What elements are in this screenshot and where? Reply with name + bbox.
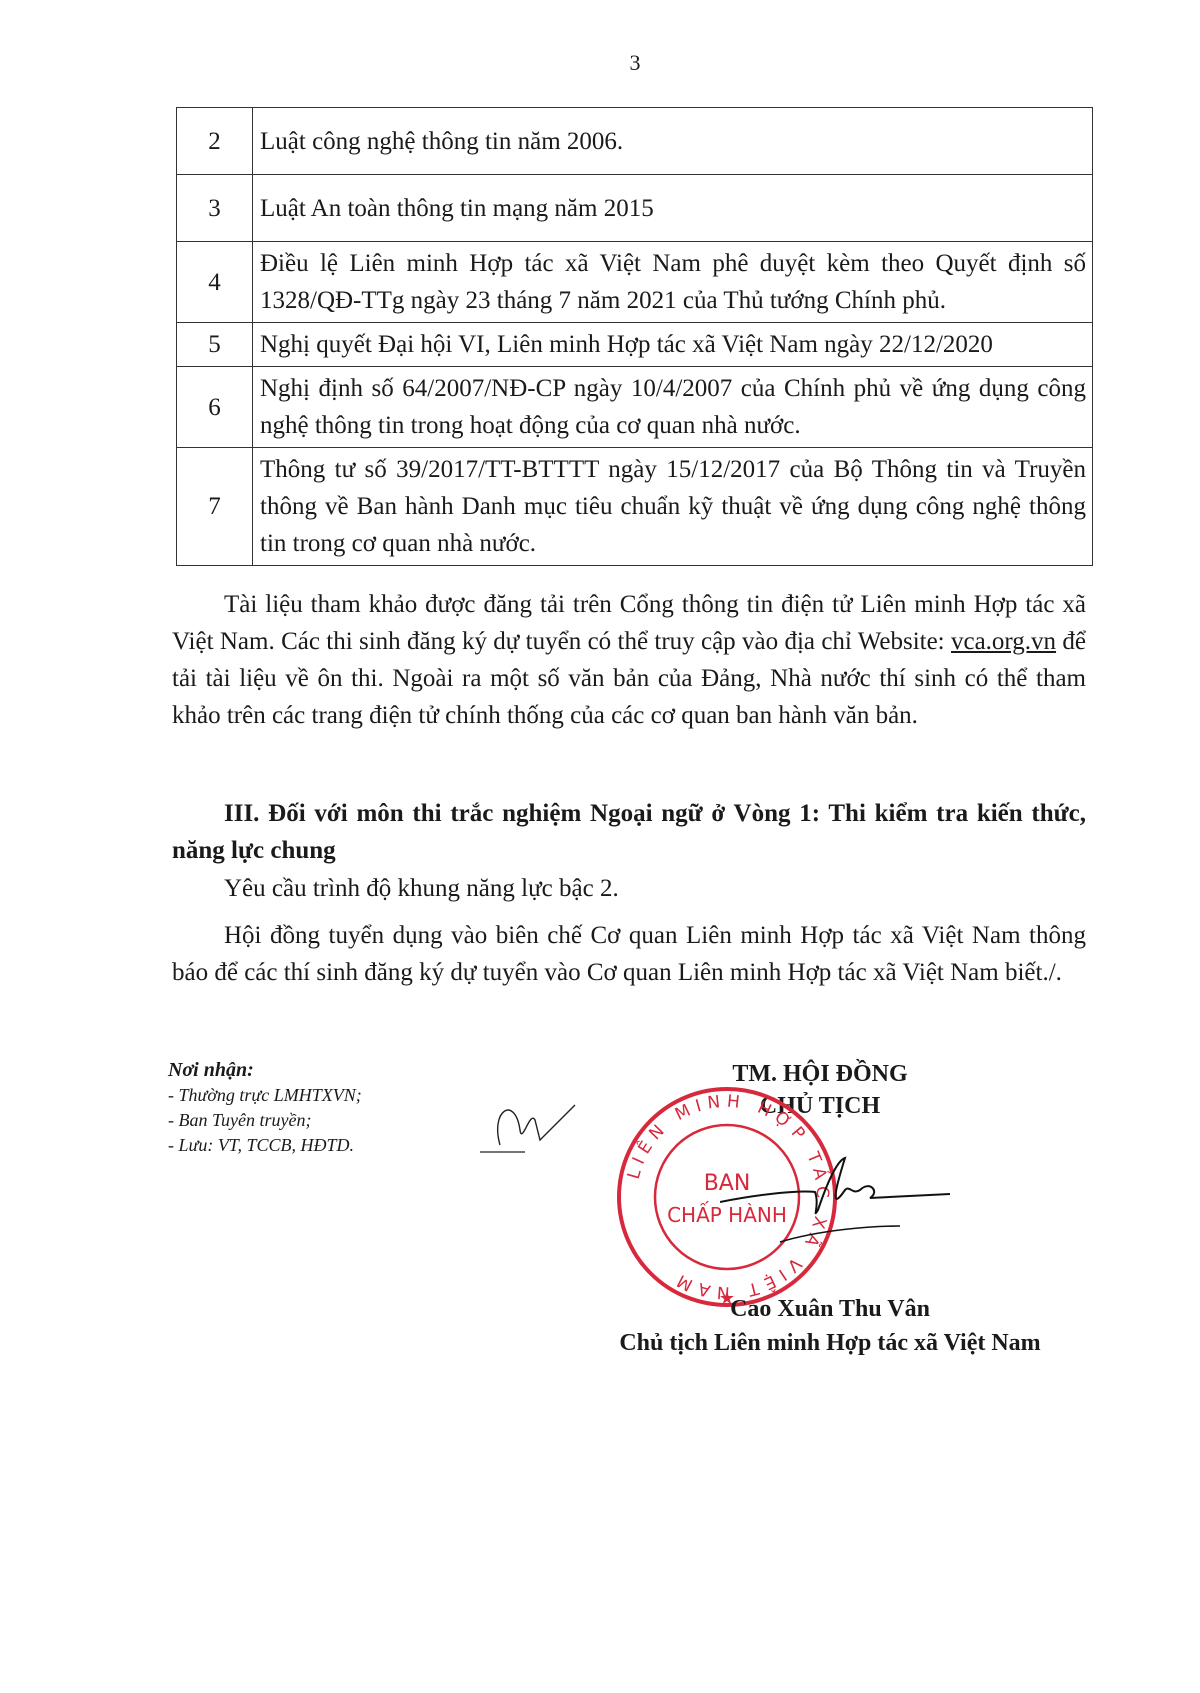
table-row: 2Luật công nghệ thông tin năm 2006. [177, 108, 1093, 175]
closing-paragraph: Hội đồng tuyển dụng vào biên chế Cơ quan… [172, 917, 1086, 991]
requirement-text: Yêu cầu trình độ khung năng lực bậc 2. [172, 870, 1086, 907]
website-link[interactable]: vca.org.vn [951, 628, 1056, 655]
page-number: 3 [0, 50, 1200, 76]
reference-paragraph: Tài liệu tham khảo được đăng tải trên Cổ… [172, 586, 1086, 734]
row-number: 5 [177, 323, 253, 367]
row-text: Nghị quyết Đại hội VI, Liên minh Hợp tác… [253, 323, 1093, 367]
table-row: 3Luật An toàn thông tin mạng năm 2015 [177, 175, 1093, 242]
signature-scribble [720, 1150, 950, 1250]
row-text: Luật công nghệ thông tin năm 2006. [253, 108, 1093, 175]
row-text: Điều lệ Liên minh Hợp tác xã Việt Nam ph… [253, 242, 1093, 323]
row-text: Nghị định số 64/2007/NĐ-CP ngày 10/4/200… [253, 367, 1093, 448]
row-text: Thông tư số 39/2017/TT-BTTTT ngày 15/12/… [253, 448, 1093, 566]
table-row: 4Điều lệ Liên minh Hợp tác xã Việt Nam p… [177, 242, 1093, 323]
section-heading: III. Đối với môn thi trắc nghiệm Ngoại n… [172, 795, 1086, 869]
row-number: 4 [177, 242, 253, 323]
recipients-block: Nơi nhận: - Thường trực LMHTXVN; - Ban T… [168, 1058, 362, 1158]
table-row: 6Nghị định số 64/2007/NĐ-CP ngày 10/4/20… [177, 367, 1093, 448]
signer-name: Cao Xuân Thu Vân [560, 1292, 1100, 1326]
row-text: Luật An toàn thông tin mạng năm 2015 [253, 175, 1093, 242]
row-number: 7 [177, 448, 253, 566]
recipients-title: Nơi nhận: [168, 1058, 362, 1083]
signer-position: Chủ tịch Liên minh Hợp tác xã Việt Nam [560, 1326, 1100, 1360]
row-number: 2 [177, 108, 253, 175]
row-number: 3 [177, 175, 253, 242]
recipient-item: - Ban Tuyên truyền; [168, 1108, 362, 1133]
row-number: 6 [177, 367, 253, 448]
references-table: 2Luật công nghệ thông tin năm 2006.3Luật… [176, 107, 1093, 566]
table-row: 7Thông tư số 39/2017/TT-BTTTT ngày 15/12… [177, 448, 1093, 566]
recipient-item: - Lưu: VT, TCCB, HĐTD. [168, 1133, 362, 1158]
signer-block: Cao Xuân Thu Vân Chủ tịch Liên minh Hợp … [560, 1292, 1100, 1360]
recipient-item: - Thường trực LMHTXVN; [168, 1083, 362, 1108]
table-row: 5Nghị quyết Đại hội VI, Liên minh Hợp tá… [177, 323, 1093, 367]
